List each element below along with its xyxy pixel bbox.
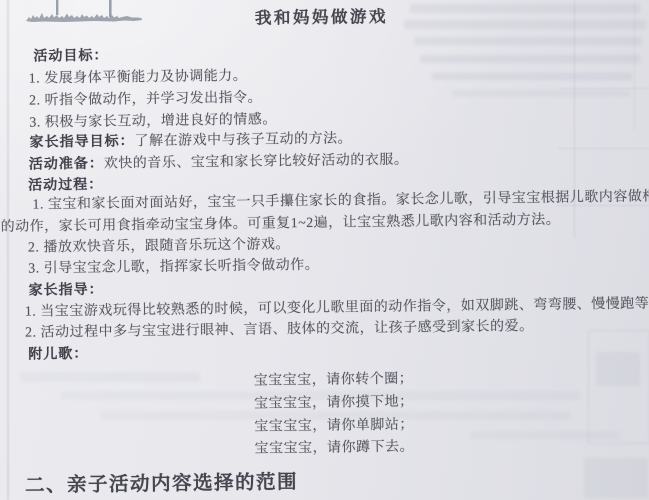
process-step1-line2: 的动作，家长可用食指牵动宝宝身体。可重复1~2遍，让宝宝熟悉儿歌内容和活动方法。	[1, 213, 561, 236]
process-step1-line1: 1. 宝宝和家长面对面站好，宝宝一只手攥住家长的食指。家长念儿歌，引导宝宝根据儿…	[32, 189, 649, 213]
next-section-heading: 二、亲子活动内容选择的范围	[25, 474, 298, 494]
rhyme-heading: 附儿歌：	[28, 345, 88, 362]
page-content: 我和妈妈做游戏 活动目标： 1. 发展身体平衡能力及协调能力。 2. 听指令做动…	[0, 0, 649, 500]
rhyme-line-2: 宝宝宝宝，请你摸下地；	[254, 395, 414, 413]
activity-goals-heading: 活动目标：	[33, 47, 108, 64]
rhyme-line-4: 宝宝宝宝，请你蹲下去。	[255, 440, 415, 458]
activity-goal-item-1: 1. 发展身体平衡能力及协调能力。	[29, 69, 248, 88]
parent-guidance-item-1: 1. 当宝宝游戏玩得比较熟悉的时候，可以变化儿歌里面的动作指令，如双脚跳、弯弯腰…	[25, 296, 649, 320]
preparation-text: 欢快的音乐、宝宝和家长穿比较好活动的衣服。	[104, 153, 409, 172]
textbook-page-photo: 我和妈妈做游戏 活动目标： 1. 发展身体平衡能力及协调能力。 2. 听指令做动…	[0, 0, 649, 500]
preparation-label: 活动准备：	[29, 155, 104, 172]
process-step-3: 3. 引导宝宝念儿歌，指挥家长听指令做动作。	[28, 258, 319, 278]
page-title: 我和妈妈做游戏	[0, 6, 646, 30]
rhyme-line-3: 宝宝宝宝，请你单脚站；	[254, 418, 414, 436]
parent-guidance-item-2: 2. 活动过程中多与宝宝进行眼神、言语、肢体的交流，让孩子感受到家长的爱。	[25, 319, 534, 342]
process-heading: 活动过程：	[28, 176, 103, 193]
parent-guidance-heading: 家长指导：	[28, 281, 103, 298]
preparation-line: 活动准备：欢快的音乐、宝宝和家长穿比较好活动的衣服。	[29, 151, 409, 174]
rhyme-line-1: 宝宝宝宝，请你转个圈；	[254, 372, 414, 390]
process-step-2: 2. 播放欢快音乐，跟随音乐玩这个游戏。	[28, 237, 290, 256]
parent-guidance-goal-label: 家长指导目标：	[29, 132, 134, 149]
activity-goal-item-2: 2. 听指令做动作，并学习发出指令。	[29, 91, 262, 110]
parent-guidance-goal-text: 了解在游戏中与孩子互动的方法。	[134, 131, 352, 149]
activity-goal-item-3: 3. 积极与家长互动，增进良好的情感。	[29, 112, 277, 131]
parent-guidance-goal-line: 家长指导目标：了解在游戏中与孩子互动的方法。	[29, 129, 352, 151]
